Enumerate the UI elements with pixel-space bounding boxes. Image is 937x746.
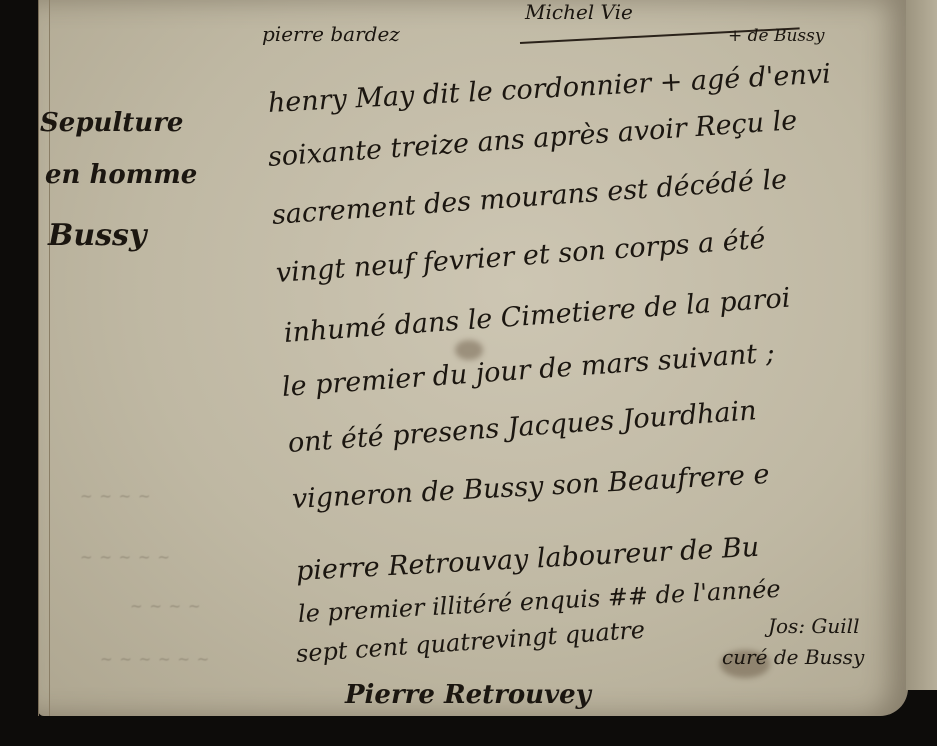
signature-michel-vie: Michel Vie xyxy=(525,0,633,24)
ink-stain xyxy=(455,340,483,360)
signature-curate-name: Jos: Guill xyxy=(768,614,859,638)
signature-pierre-bardez: pierre bardez xyxy=(262,22,400,46)
margin-note-line2: en homme xyxy=(45,160,197,190)
margin-note-line1: Sepulture xyxy=(40,108,183,138)
faded-trace: ~ ~ ~ ~ ~ ~ xyxy=(100,650,210,668)
faded-trace: ~ ~ ~ ~ xyxy=(80,487,152,505)
adjacent-page-edge xyxy=(906,0,937,690)
signature-pierre-retrouvey: Pierre Retrouvey xyxy=(345,680,591,710)
faded-trace: ~ ~ ~ ~ xyxy=(130,597,202,615)
faded-trace: ~ ~ ~ ~ ~ xyxy=(80,548,171,566)
margin-note-line3: Bussy xyxy=(48,218,146,253)
interlinear-note: + de Bussy xyxy=(728,26,825,46)
signature-curate-title: curé de Bussy xyxy=(722,645,864,669)
